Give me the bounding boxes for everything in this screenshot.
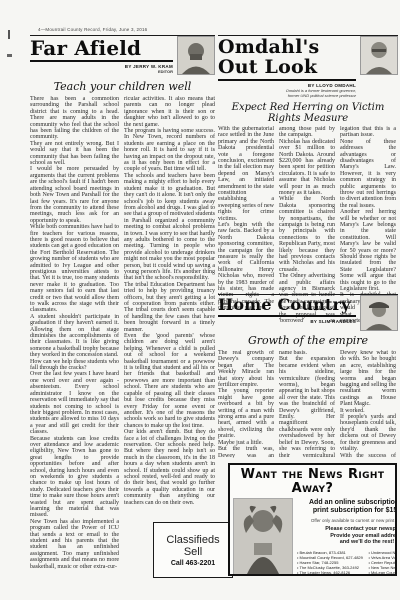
ad-paper-item: • The McClusky Gazette, 363-2492 [297, 565, 365, 570]
home-country-column-2: name basis. But the expansion became evi… [279, 350, 335, 458]
classifieds-line-1: Classifieds [166, 534, 219, 546]
omdahl-byline-note-2: former UND political science professor [218, 93, 356, 98]
editor-photo [177, 36, 215, 75]
newspaper-page: 4—Mountrail County Record, Friday, June … [0, 0, 400, 600]
scan-artifact-mark [8, 30, 10, 39]
page-header: 4—Mountrail County Record, Friday, June … [38, 27, 147, 32]
ad-headline: Want the News Right Away? [230, 468, 395, 496]
far-afield-title: Far Afield [30, 36, 173, 59]
ad-paper-item: • Velva Area Voice, 338-2590 [368, 555, 397, 560]
ad-papers-left: • Beulah Beacon, 873-4381 • Mountrail Co… [297, 550, 365, 577]
far-afield-column-2: ricular activities. It also means that p… [124, 96, 215, 577]
classifieds-line-2: Sell [184, 546, 202, 558]
home-country-column-3: Dewey knew what to do with. So he bought… [340, 350, 396, 458]
far-afield-rule [30, 60, 173, 62]
omdahl-column-1: With the gubernatorial race settled in t… [218, 126, 274, 322]
omdahl-column-3: legation that this is a partisan issue. … [340, 126, 396, 322]
home-country-subhead: Growth of the empire [218, 334, 398, 347]
classifieds-phone: Call 463-2201 [171, 560, 215, 567]
omdahl-rule [218, 79, 356, 81]
omdahl-article: Omdahl's Out Look BY LLOYD OMDAHL Omdahl… [218, 35, 398, 322]
ad-contact-line-3: and we'll do the rest! [297, 539, 397, 546]
ad-paper-item: • Underwood News, 442-8136 [368, 550, 397, 555]
ad-offer-line-1: Add an online subscription to your [297, 499, 397, 507]
excited-reader-photo [233, 498, 293, 576]
home-country-rule [218, 315, 356, 317]
slim-randles-photo [360, 295, 398, 331]
omdahl-title: Omdahl's Out Look [218, 36, 356, 78]
omdahl-photo [360, 36, 398, 75]
home-country-title: Home Country [218, 295, 356, 314]
classifieds-box: Classifieds Sell Call 463-2201 [153, 522, 233, 578]
ad-paper-item: • Mountrail County Record, 627-4829 [297, 555, 365, 560]
omdahl-column-2: among those paid by the campaign. Nichol… [279, 126, 335, 322]
far-afield-article: Far Afield BY JERRY W. KRAM EDITOR Teach… [30, 35, 215, 577]
ad-paper-item: • Center Republican, 794-3294 [368, 560, 397, 565]
home-country-byline: BY SLIM RANDLES [218, 319, 356, 324]
subscription-ad: Want the News Right Away? Add an online … [228, 463, 397, 576]
ad-papers-right: • Underwood News, 442-8136 • Velva Area … [368, 550, 397, 577]
ad-fine-print: Offer only available to current or new p… [297, 518, 397, 523]
ad-paper-item: • McLean County Journal, 363-2490 [368, 570, 397, 575]
home-country-column-1: The real growth of Dewey's company began… [218, 350, 274, 458]
scan-artifact-mark [7, 54, 12, 57]
far-afield-column-1: There has been a commotion surrounding t… [30, 96, 119, 577]
ad-paper-item: • New Town News, 627-4829 [368, 565, 397, 570]
far-afield-byline-role: EDITOR [30, 69, 173, 74]
ad-offer-line-2: print subscription for $15 a year. [297, 507, 397, 515]
far-afield-subhead: Teach your children well [30, 80, 215, 93]
home-country-article: Home Country BY SLIM RANDLES Growth of t… [218, 294, 398, 458]
ad-paper-item: • McLean County Independent, 463-2201 [297, 575, 365, 577]
omdahl-subhead: Expect Red Herring on Victim Rights Meas… [218, 102, 398, 124]
